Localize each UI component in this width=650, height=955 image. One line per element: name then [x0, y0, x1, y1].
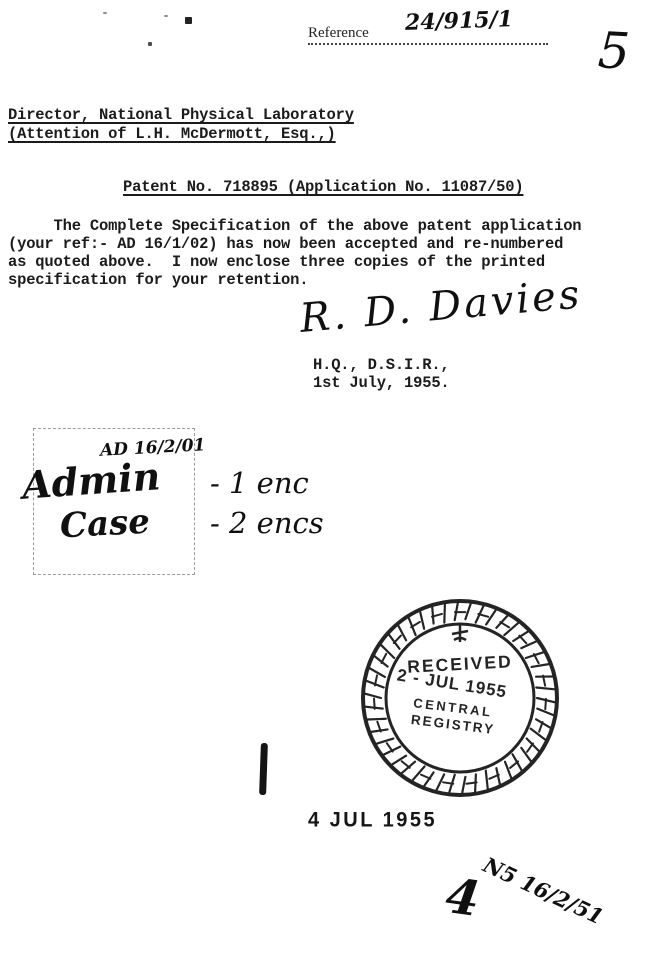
sender-date: 1st July, 1955. [313, 374, 450, 392]
scanned-letter: Reference 24/915/1 5 Director, National … [0, 0, 650, 955]
annotation-dist-case-encs: - 2 encs [210, 506, 324, 540]
date-stamp: 4 JUL 1955 [308, 808, 437, 832]
handwritten-reference-value: 24/915/1 [405, 6, 514, 36]
crown-icon [452, 624, 468, 642]
sender-org: H.Q., D.S.I.R., [313, 356, 450, 374]
annotation-dist-admin-encs: - 1 enc [210, 466, 309, 500]
body-line: (your ref:- AD 16/1/02) has now been acc… [8, 235, 581, 253]
handwritten-bottom-mark: 4 [442, 868, 483, 928]
body-line: as quoted above. I now enclose three cop… [8, 253, 581, 271]
handwritten-file-number: N5 16/2/51 [479, 852, 607, 929]
scan-speck [185, 17, 192, 24]
recipient-line-2: (Attention of L.H. McDermott, Esq.,) [8, 125, 336, 143]
annotation-dist-admin: Admin [21, 453, 162, 508]
annotation-dist-case: Case [59, 502, 151, 547]
handwritten-page-mark: 5 [597, 21, 632, 81]
body-line: The Complete Specification of the above … [8, 217, 581, 235]
scan-speck [103, 12, 107, 14]
recipient-line-1: Director, National Physical Laboratory [8, 106, 354, 124]
scan-speck [164, 15, 168, 17]
subject-line: Patent No. 718895 (Application No. 11087… [123, 178, 523, 196]
pen-stroke-mark [259, 743, 268, 795]
scan-speck [148, 42, 152, 46]
